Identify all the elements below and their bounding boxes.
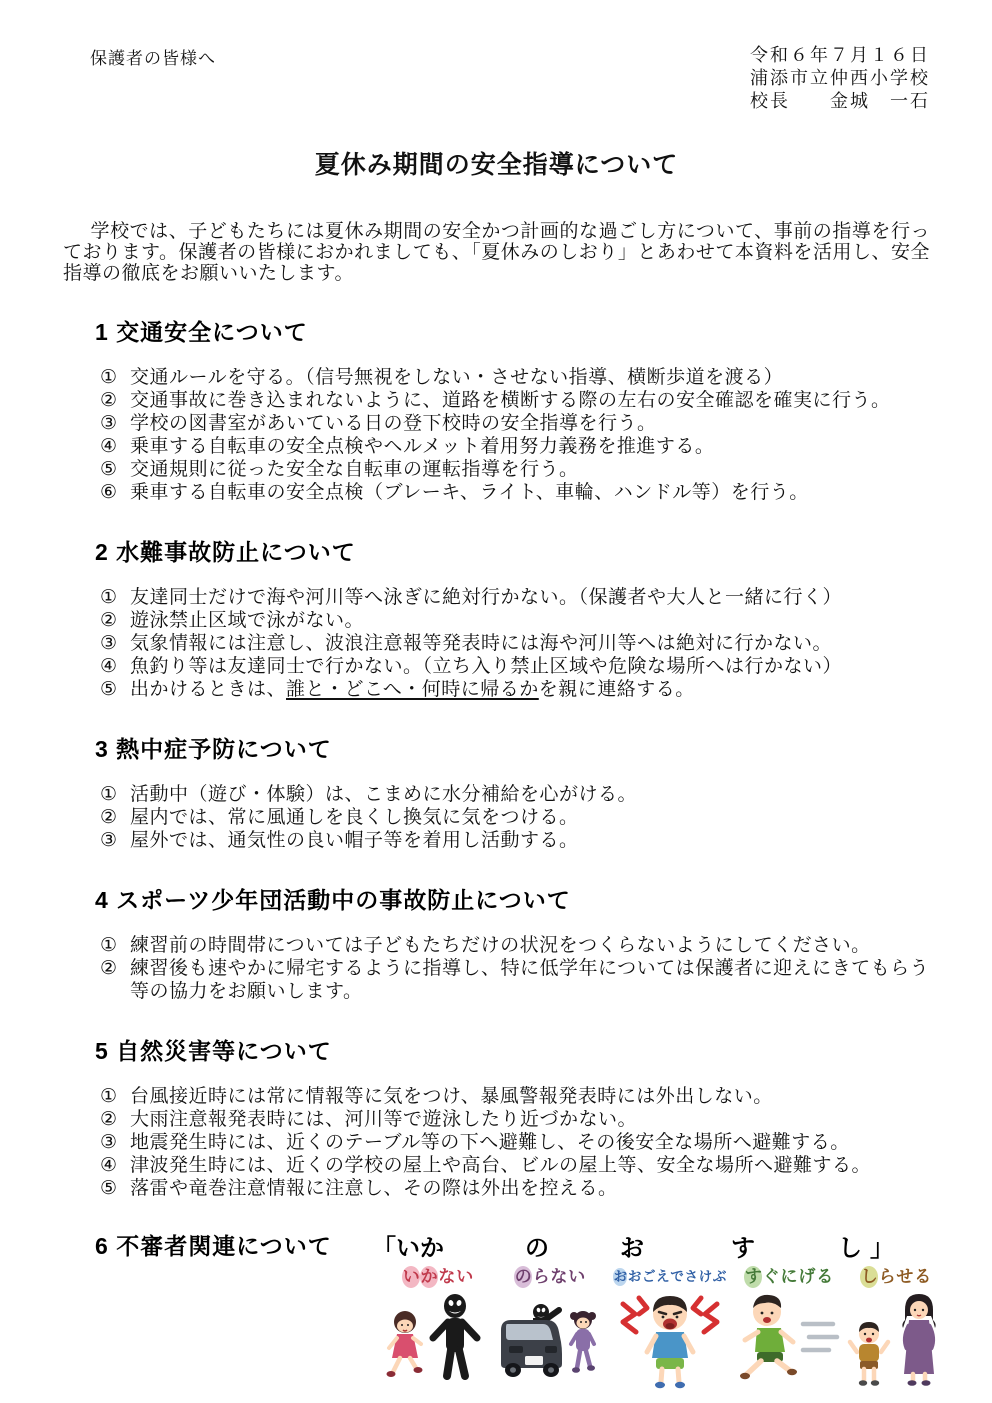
section-2-item-1: ①友達同士だけで海や河川等へ泳ぎに絶対行かない。（保護者や大人と一緒に行く） [100, 586, 930, 609]
label-char: ぶ [713, 1268, 727, 1286]
section-3-heading: 3 熱中症予防について [95, 731, 930, 764]
section-1-item-1: ①交通ルールを守る。（信号無視をしない・させない指導、横断歩道を渡る） [100, 366, 930, 389]
item-text: 屋内では、常に風通しを良くし換気に気をつける。 [130, 806, 930, 829]
section-4-items: ①練習前の時間帯については子どもたちだけの状況をつくらないようにしてください。②… [100, 934, 930, 1003]
section-3-item-2: ②屋内では、常に風通しを良くし換気に気をつける。 [100, 806, 930, 829]
section-3-items: ①活動中（遊び・体験）は、こまめに水分補給を心がける。②屋内では、常に風通しを良… [100, 783, 930, 852]
label-char: け [698, 1268, 712, 1286]
item-text: 魚釣り等は友達同士で行かない。（立ち入り禁止区域や危険な場所へは行かない） [130, 655, 930, 678]
slogan-char-4: す [731, 1228, 755, 1263]
girl-walking-away-from-car-illustration [497, 1290, 603, 1398]
item-text: 津波発生時には、近くの学校の屋上や高台、ビルの屋上等、安全な場所へ避難する。 [130, 1154, 930, 1177]
item-number: ② [100, 806, 130, 829]
slogan-char-2: の [525, 1228, 549, 1263]
item-text: 落雷や竜巻注意情報に注意し、その際は外出を控える。 [130, 1177, 930, 1200]
item-number: ② [100, 389, 130, 412]
header-right-block: 令和６年７月１６日 浦添市立仲西小学校 校長 金城 一石 [750, 44, 930, 113]
label-char: な [550, 1266, 568, 1288]
label-char: な [438, 1266, 456, 1288]
section6-heading-row: 6 不審者関連について 「いかのおすし」 [63, 1228, 930, 1260]
section6-heading: 6 不審者関連について [95, 1228, 332, 1261]
section-1-items: ①交通ルールを守る。（信号無視をしない・させない指導、横断歩道を渡る）②交通事故… [100, 366, 930, 504]
section6-number: 6 [95, 1233, 109, 1259]
item-text: 遊泳禁止区域で泳がない。 [130, 609, 930, 632]
section-2-item-4: ④魚釣り等は友達同士で行かない。（立ち入り禁止区域や危険な場所へは行かない） [100, 655, 930, 678]
section-5-heading: 5 自然災害等について [95, 1033, 930, 1066]
item-number: ④ [100, 435, 130, 458]
label-char: お [627, 1268, 641, 1286]
label-char: ら [878, 1266, 896, 1288]
item-text: 交通規則に従った安全な自転車の運転指導を行う。 [130, 458, 930, 481]
item-number: ④ [100, 655, 130, 678]
sugunigeru-group: すぐにげる [737, 1264, 841, 1398]
item-number: ⑤ [100, 1177, 130, 1200]
ikanai-label: いかない [402, 1264, 473, 1290]
section-5: 5 自然災害等について①台風接近時には常に情報等に気をつけ、暴風警報発表時には外… [63, 1033, 930, 1200]
label-char: お [613, 1268, 627, 1286]
item-text: 交通事故に巻き込まれないように、道路を横断する際の左右の安全確認を確実に行う。 [130, 389, 930, 412]
sugunigeru-label: すぐにげる [744, 1264, 833, 1290]
section-2-item-2: ②遊泳禁止区域で泳がない。 [100, 609, 930, 632]
item-text: 大雨注意報発表時には、河川等で遊泳したり近づかない。 [130, 1108, 930, 1131]
item-text: 乗車する自転車の安全点検やヘルメット着用努力義務を推進する。 [130, 435, 930, 458]
section-4-item-2: ②練習後も速やかに帰宅するように指導し、特に低学年については保護者に迎えにきても… [100, 957, 930, 1003]
ikanooshi-illustrations: いかない [385, 1264, 943, 1398]
item-number: ⑤ [100, 458, 130, 481]
item-text: 地震発生時には、近くのテーブル等の下へ避難し、その後安全な場所へ避難する。 [130, 1131, 930, 1154]
oogoe-group: おおごえでさけぶ [609, 1264, 731, 1398]
section-5-item-4: ④津波発生時には、近くの学校の屋上や高台、ビルの屋上等、安全な場所へ避難する。 [100, 1154, 930, 1177]
section-2-item-5: ⑤出かけるときは、誰と・どこへ・何時に帰るかを親に連絡する。 [100, 678, 930, 701]
principal-line: 校長 金城 一石 [750, 90, 930, 113]
date-line: 令和６年７月１６日 [750, 44, 930, 67]
label-char: る [816, 1266, 834, 1288]
label-char: い [402, 1266, 420, 1288]
document-title: 夏休み期間の安全指導について [63, 145, 930, 181]
item-number: ④ [100, 1154, 130, 1177]
section-2-item-3: ③気象情報には注意し、波浪注意報等発表時には海や河川等へは絶対に行かない。 [100, 632, 930, 655]
label-char: せ [896, 1266, 914, 1288]
label-char: す [744, 1266, 762, 1288]
slogan-char-6: 」 [870, 1228, 894, 1263]
section-4-item-1: ①練習前の時間帯については子どもたちだけの状況をつくらないようにしてください。 [100, 934, 930, 957]
label-char: さ [684, 1268, 698, 1286]
item-number: ① [100, 1085, 130, 1108]
section-1-item-3: ③学校の図書室があいている日の登下校時の安全指導を行う。 [100, 412, 930, 435]
label-char: か [420, 1266, 438, 1288]
shiraseru-group: しらせる [847, 1264, 945, 1398]
section-5-items: ①台風接近時には常に情報等に気をつけ、暴風警報発表時には外出しない。②大雨注意報… [100, 1085, 930, 1200]
section-2-items: ①友達同士だけで海や河川等へ泳ぎに絶対行かない。（保護者や大人と一緒に行く）②遊… [100, 586, 930, 701]
slogan-char-3: お [620, 1228, 644, 1263]
section-3: 3 熱中症予防について①活動中（遊び・体験）は、こまめに水分補給を心がける。②屋… [63, 731, 930, 852]
item-number: ② [100, 1108, 130, 1131]
label-char: ぐ [762, 1266, 780, 1288]
label-char: る [914, 1266, 932, 1288]
label-char: ご [642, 1268, 656, 1286]
label-char: い [568, 1266, 586, 1288]
label-char: で [670, 1268, 684, 1286]
item-text: 学校の図書室があいている日の登下校時の安全指導を行う。 [130, 412, 930, 435]
item-number: ① [100, 366, 130, 389]
item-number: ① [100, 586, 130, 609]
document-header: 保護者の皆様へ 令和６年７月１６日 浦添市立仲西小学校 校長 金城 一石 [63, 44, 930, 113]
oogoe-label: おおごえでさけぶ [613, 1264, 726, 1290]
item-number: ③ [100, 412, 130, 435]
school-name-line: 浦添市立仲西小学校 [750, 67, 930, 90]
section-1-item-6: ⑥乗車する自転車の安全点検（ブレーキ、ライト、車輪、ハンドル等）を行う。 [100, 481, 930, 504]
item-text: 台風接近時には常に情報等に気をつけ、暴風警報発表時には外出しない。 [130, 1085, 930, 1108]
item-number: ② [100, 609, 130, 632]
slogan-char-1: 「いか [372, 1228, 444, 1263]
label-char: の [514, 1266, 532, 1288]
item-text: 気象情報には注意し、波浪注意報等発表時には海や河川等へは絶対に行かない。 [130, 632, 930, 655]
sections-container: 1 交通安全について①交通ルールを守る。（信号無視をしない・させない指導、横断歩… [63, 314, 930, 1200]
label-char: に [780, 1266, 798, 1288]
section-1: 1 交通安全について①交通ルールを守る。（信号無視をしない・させない指導、横断歩… [63, 314, 930, 504]
section-3-item-3: ③屋外では、通気性の良い帽子等を着用し活動する。 [100, 829, 930, 852]
label-char: ら [532, 1266, 550, 1288]
section-4: 4 スポーツ少年団活動中の事故防止について①練習前の時間帯については子どもたちだ… [63, 882, 930, 1003]
recipient-line: 保護者の皆様へ [90, 44, 216, 69]
section-2-heading: 2 水難事故防止について [95, 534, 930, 567]
item-number: ① [100, 783, 130, 806]
item-number: ⑥ [100, 481, 130, 504]
section-5-item-3: ③地震発生時には、近くのテーブル等の下へ避難し、その後安全な場所へ避難する。 [100, 1131, 930, 1154]
item-number: ① [100, 934, 130, 957]
section-1-item-4: ④乗車する自転車の安全点検やヘルメット着用努力義務を推進する。 [100, 435, 930, 458]
label-char: し [860, 1266, 878, 1288]
section-1-item-2: ②交通事故に巻き込まれないように、道路を横断する際の左右の安全確認を確実に行う。 [100, 389, 930, 412]
item-number: ② [100, 957, 130, 1003]
noranai-label: のらない [514, 1264, 585, 1290]
boy-shouting-loudly-illustration [609, 1290, 731, 1398]
section-1-heading: 1 交通安全について [95, 314, 930, 347]
section-2: 2 水難事故防止について①友達同士だけで海や河川等へ泳ぎに絶対行かない。（保護者… [63, 534, 930, 701]
section6-heading-text: 不審者関連について [116, 1233, 332, 1259]
item-text: 活動中（遊び・体験）は、こまめに水分補給を心がける。 [130, 783, 930, 806]
section-5-item-2: ②大雨注意報発表時には、河川等で遊泳したり近づかない。 [100, 1108, 930, 1131]
item-text: 練習後も速やかに帰宅するように指導し、特に低学年については保護者に迎えにきてもら… [130, 957, 930, 1003]
item-number: ⑤ [100, 678, 130, 701]
item-number: ③ [100, 829, 130, 852]
section-3-item-1: ①活動中（遊び・体験）は、こまめに水分補給を心がける。 [100, 783, 930, 806]
item-text: 練習前の時間帯については子どもたちだけの状況をつくらないようにしてください。 [130, 934, 930, 957]
item-number: ③ [100, 1131, 130, 1154]
label-char: い [456, 1266, 474, 1288]
intro-paragraph: 学校では、子どもたちには夏休み期間の安全かつ計画的な過ごし方について、事前の指導… [63, 221, 930, 284]
shiraseru-label: しらせる [860, 1264, 931, 1290]
item-text: 出かけるときは、誰と・どこへ・何時に帰るかを親に連絡する。 [130, 678, 930, 701]
section-1-item-5: ⑤交通規則に従った安全な自転車の運転指導を行う。 [100, 458, 930, 481]
section-5-item-1: ①台風接近時には常に情報等に気をつけ、暴風警報発表時には外出しない。 [100, 1085, 930, 1108]
boy-telling-adult-illustration [847, 1290, 945, 1398]
girl-running-from-suspicious-person-illustration [385, 1290, 491, 1398]
section-4-heading: 4 スポーツ少年団活動中の事故防止について [95, 882, 930, 915]
ikanai-group: いかない [385, 1264, 491, 1398]
item-text: 交通ルールを守る。（信号無視をしない・させない指導、横断歩道を渡る） [130, 366, 930, 389]
item-number: ③ [100, 632, 130, 655]
item-text: 屋外では、通気性の良い帽子等を着用し活動する。 [130, 829, 930, 852]
noranai-group: のらない [497, 1264, 603, 1398]
item-text: 乗車する自転車の安全点検（ブレーキ、ライト、車輪、ハンドル等）を行う。 [130, 481, 930, 504]
section-5-item-5: ⑤落雷や竜巻注意情報に注意し、その際は外出を控える。 [100, 1177, 930, 1200]
label-char: え [656, 1268, 670, 1286]
document-page: 保護者の皆様へ 令和６年７月１６日 浦添市立仲西小学校 校長 金城 一石 夏休み… [0, 0, 992, 1403]
item-text: 友達同士だけで海や河川等へ泳ぎに絶対行かない。（保護者や大人と一緒に行く） [130, 586, 930, 609]
boy-running-away-illustration [737, 1290, 841, 1398]
slogan-char-5: し [838, 1228, 862, 1263]
label-char: げ [798, 1266, 816, 1288]
